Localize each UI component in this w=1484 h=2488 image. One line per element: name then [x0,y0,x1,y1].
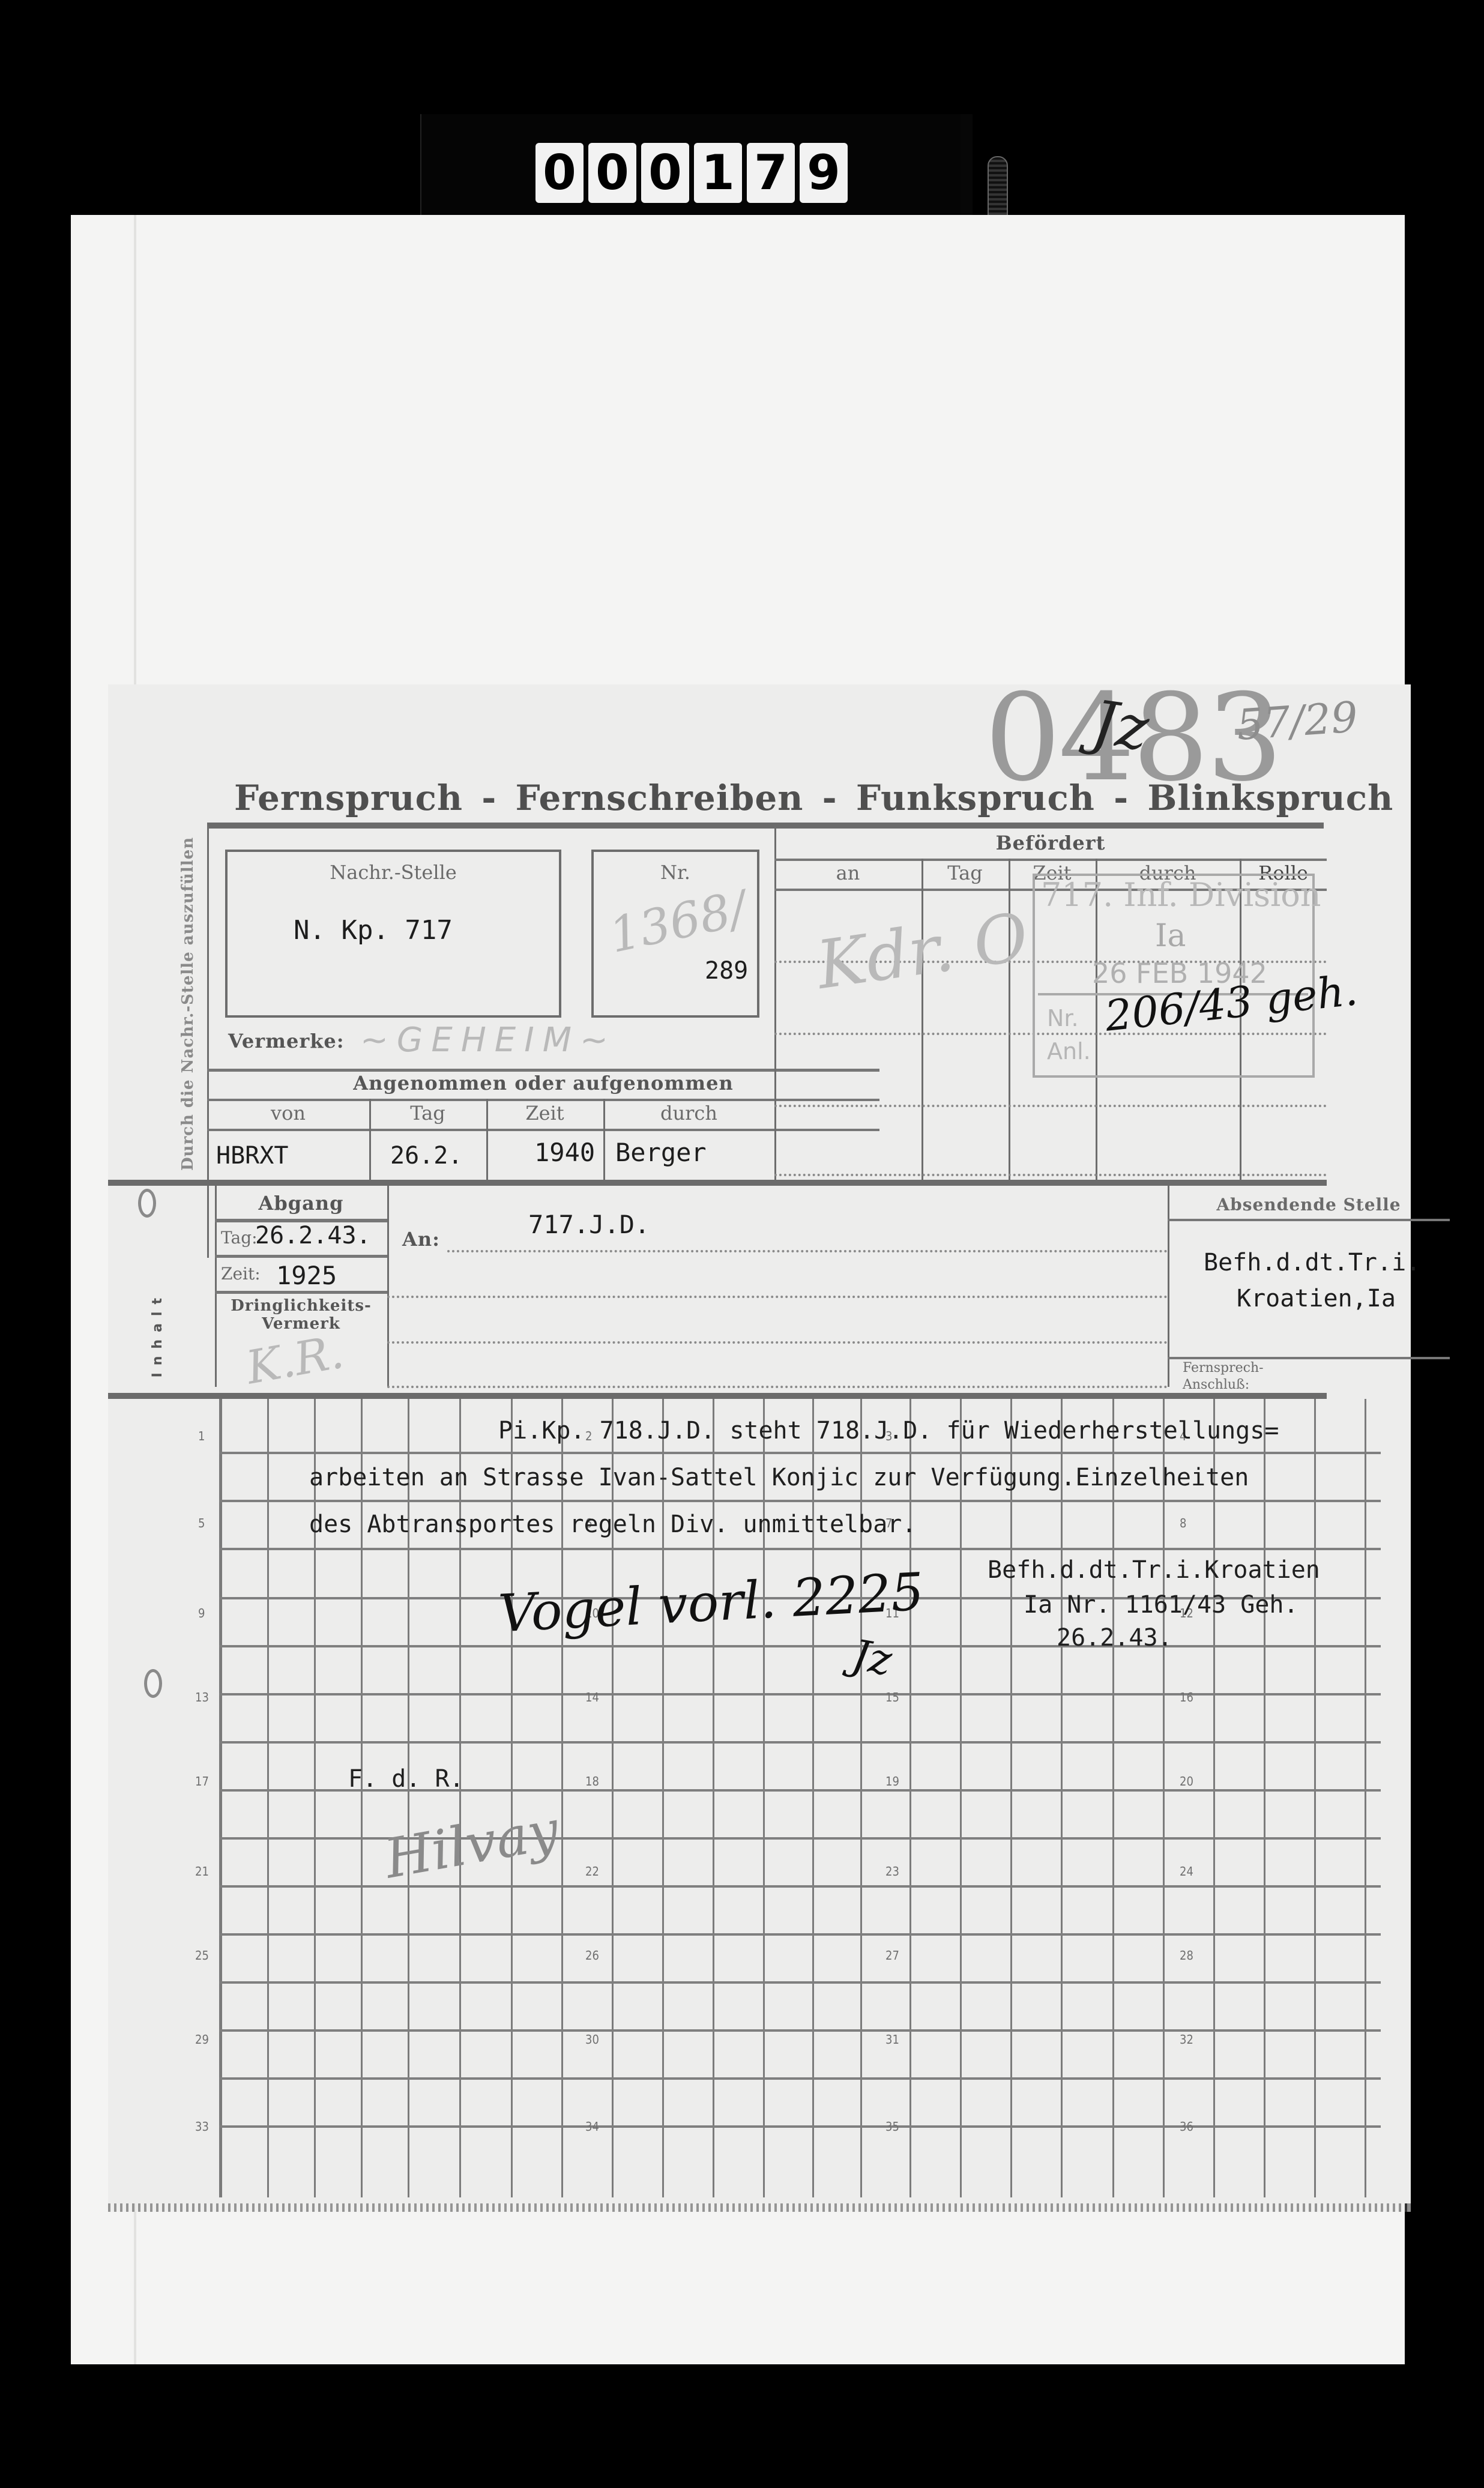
col-von: von [207,1102,369,1125]
stamp-anl-label: Anl. [1047,1038,1091,1064]
angenommen-header-rule [207,1099,879,1101]
abgang-title: Abgang [215,1192,387,1215]
grid-number: 30 [585,2032,599,2047]
nr-handwritten: 1368/ [605,880,752,964]
abgang-left-border [215,1186,217,1387]
fernsprech-anschluss-label: Fernsprech-Anschluß: [1183,1360,1279,1393]
counter-digit: 0 [535,143,584,203]
grid-number: 16 [1180,1690,1193,1704]
absender-line1: Befh.d.dt.Tr.i. [1204,1249,1420,1276]
torn-edge [108,2203,1411,2212]
nachr-stelle-label: Nachr.-Stelle [228,861,559,884]
grid-number: 31 [885,2032,899,2047]
grid-number: 22 [585,1864,599,1879]
dringlichkeit-label: Dringlichkeits-Vermerk [215,1297,387,1333]
abgang-zeit-label: Zeit: [221,1264,261,1284]
form-title: Fernspruch - Fernschreiben - Funkspruch … [234,777,1393,818]
abgang-tag-label: Tag: [221,1228,258,1248]
angenommen-zeit-value: 1940 [534,1138,595,1167]
sender-block-line: Ia Nr. 1161/43 Geh. [1024,1591,1298,1619]
col-tag: Tag [369,1102,486,1125]
an-dotted-line [387,1296,1168,1298]
angenommen-divider [486,1099,488,1183]
angenommen-durch-value: Berger [615,1138,707,1167]
absender-rule [1168,1357,1450,1359]
grid-number: 29 [195,2032,209,2047]
grid-number: 1 [198,1429,205,1443]
counter-digit: 0 [588,143,636,203]
vermerke-label: Vermerke: [228,1030,345,1052]
grid-number: 34 [585,2119,599,2134]
handwritten-reference: 57/29 [1235,692,1359,750]
message-line: arbeiten an Strasse Ivan-Sattel Konjic z… [309,1464,1249,1491]
grid-number: 21 [195,1864,209,1879]
counter-digit: 7 [747,143,795,203]
befoerdert-handwritten-an: Kdr. O [812,898,1033,1004]
grid-number: 35 [885,2119,899,2134]
abgang-zeit-value: 1925 [276,1261,337,1290]
befoerdert-dotted-line [774,1174,1327,1176]
sender-block-line: 26.2.43. [1057,1624,1172,1652]
an-value: 717.J.D. [528,1210,650,1239]
stamp-nr-label: Nr. [1047,1005,1079,1031]
handwritten-initials: Jz [1088,687,1153,764]
angenommen-title: Angenommen oder aufgenommen [207,1072,879,1095]
grid-number: 13 [195,1690,209,1704]
punch-hole-icon [144,1669,162,1698]
befoerdert-header-rule [774,859,1327,861]
absender-line2: Kroatien,Ia [1237,1285,1396,1312]
an-dotted-line [447,1250,1168,1252]
header-rule [207,823,1324,829]
angenommen-divider [603,1099,605,1183]
counter-digit: 0 [641,143,689,203]
nachr-stelle-value: N. Kp. 717 [294,915,453,946]
col-durch: durch [603,1102,774,1125]
nr-label: Nr. [594,861,757,884]
abgang-right-border [387,1186,389,1387]
angenommen-row-rule [207,1129,879,1131]
grid-number: 23 [885,1864,899,1879]
angenommen-tag-value: 26.2. [390,1142,462,1170]
befoerdert-col-tag: Tag [921,862,1009,884]
vermerke-value: ~GEHEIM~ [360,1021,617,1060]
side-note: Durch die Nachr.-Stelle auszufüllen [179,835,203,1171]
grid-number: 28 [1180,1948,1193,1963]
an-label: An: [402,1228,440,1251]
angenommen-von-value: HBRXT [216,1142,288,1170]
counter-digits: 0 0 0 1 7 9 [535,143,848,203]
counter-digit: 1 [694,143,742,203]
grid-number: 32 [1180,2032,1193,2047]
nr-typed: 289 [705,957,748,985]
punch-hole-icon [138,1189,156,1218]
inhalt-label: Inhalt [150,1291,174,1377]
fdr-label: F. d. R. [348,1765,464,1793]
grid-number: 24 [1180,1864,1193,1879]
grid-number: 14 [585,1690,599,1704]
grid-number: 9 [198,1606,205,1620]
abgang-rule [215,1291,387,1294]
nachr-stelle-box: Nachr.-Stelle N. Kp. 717 [225,850,561,1018]
grid-number: 19 [885,1774,899,1789]
grid-number: 17 [195,1774,209,1789]
absendende-stelle-label: Absendende Stelle [1168,1195,1450,1215]
nr-box: Nr. 1368/ 289 [591,850,759,1018]
befoerdert-col-an: an [774,862,921,884]
left-border [207,826,209,1258]
grid-number: 15 [885,1690,899,1704]
grid-number: 33 [195,2119,209,2134]
section-rule [108,1180,1327,1186]
grid-number: 8 [1180,1516,1186,1530]
absender-rule [1168,1219,1450,1221]
dringlichkeit-value: K.R. [243,1325,348,1395]
abgang-rule [215,1255,387,1258]
section-rule [108,1393,1327,1399]
befoerdert-title: Befördert [774,832,1327,854]
stamp-unit: 717. Inf. Division [1041,876,1321,914]
counter-digit: 9 [800,143,848,203]
grid-number: 26 [585,1948,599,1963]
grid-number: 5 [198,1516,205,1530]
grid-number: 20 [1180,1774,1193,1789]
an-dotted-line [387,1386,1168,1388]
abgang-tag-value: 26.2.43. [255,1222,371,1249]
col-zeit: Zeit [486,1102,603,1125]
befoerdert-divider [921,859,923,1183]
stamp-dept: Ia [1155,918,1186,954]
message-form: 0483 Jz 57/29 Fernspruch - Fernschreiben… [108,684,1411,2203]
message-line: Pi.Kp. 718.J.D. steht 718.J.D. für Wiede… [498,1417,1279,1445]
grid-number: 25 [195,1948,209,1963]
angenommen-divider [369,1099,371,1183]
grid-number: 27 [885,1948,899,1963]
befoerdert-dotted-line [774,1105,1327,1107]
an-dotted-line [387,1341,1168,1344]
message-line: des Abtransportes regeln Div. unmittelba… [309,1511,916,1538]
sender-block-line: Befh.d.dt.Tr.i.Kroatien [988,1556,1320,1584]
grid-number: 36 [1180,2119,1193,2134]
grid-number: 18 [585,1774,599,1789]
